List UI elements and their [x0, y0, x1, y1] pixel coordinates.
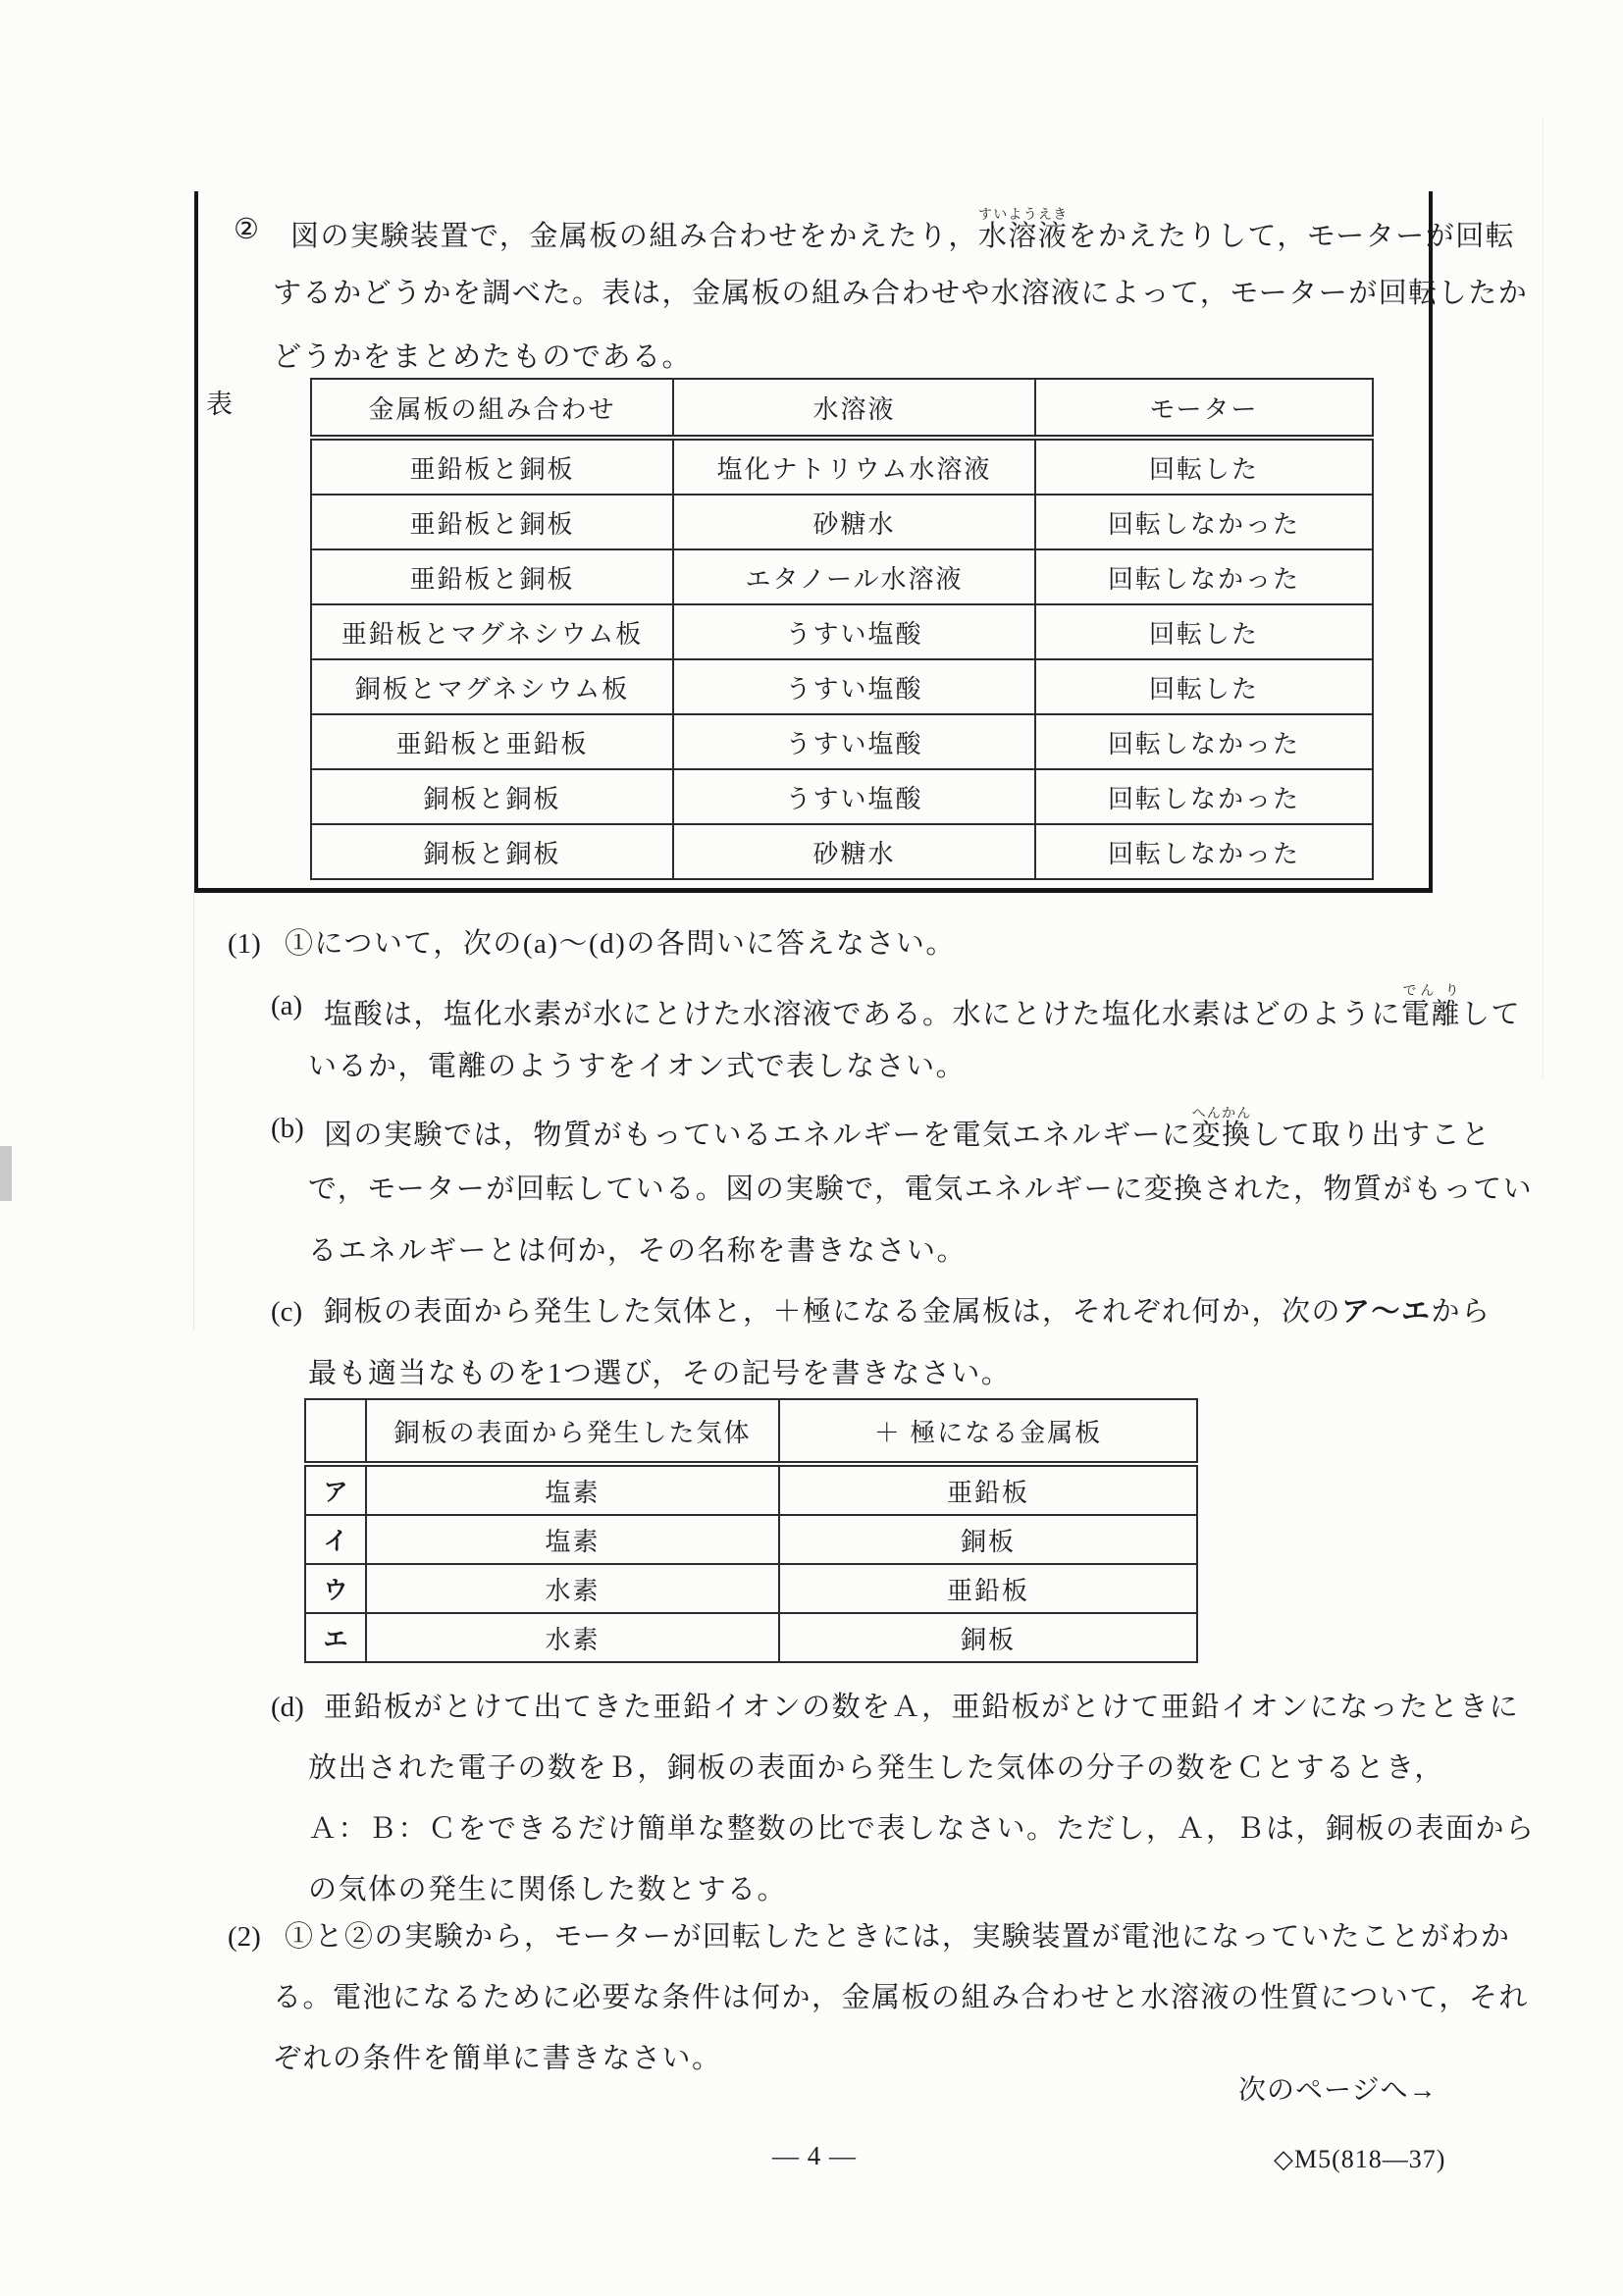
cell-metal: 亜鉛板と銅板 [311, 438, 673, 495]
table-row: 銅板と銅板うすい塩酸回転しなかった [311, 769, 1373, 824]
q1a-line2: いるか，電離のようすをイオン式で表しなさい。 [308, 1045, 966, 1088]
cell-metal: 亜鉛板と銅板 [311, 495, 673, 549]
choice-gas: 塩素 [366, 1464, 779, 1515]
choice-row: ウ水素亜鉛板 [305, 1564, 1197, 1613]
table-row: 亜鉛板とマグネシウム板うすい塩酸回転した [311, 604, 1373, 659]
q1-intro: ①について，次の(a)～(d)の各問いに答えなさい。 [285, 922, 956, 965]
furigana-suiyoueki: すいようえき [978, 208, 1069, 223]
q2-marker: (2) [228, 1915, 261, 1958]
cell-motor: 回転した [1035, 604, 1373, 659]
table-row: 亜鉛板と亜鉛板うすい塩酸回転しなかった [311, 714, 1373, 769]
cell-motor: 回転しなかった [1035, 495, 1373, 549]
q1b-line1-rubybase: 変換 [1192, 1120, 1252, 1151]
table-row: 亜鉛板と銅板塩化ナトリウム水溶液回転した [311, 438, 1373, 495]
choice-row: エ水素銅板 [305, 1613, 1197, 1662]
choice-metal: 銅板 [779, 1613, 1197, 1662]
table-row: 亜鉛板と銅板エタノール水溶液回転しなかった [311, 549, 1373, 604]
cell-metal: 亜鉛板とマグネシウム板 [311, 604, 673, 659]
q1c-line1-choices: ア～エ [1341, 1296, 1432, 1328]
problem2-line1-rubybase: 水溶液 [978, 221, 1069, 252]
q1a-line1-pre: 塩酸は，塩化水素が水にとけた水溶液である。水にとけた塩化水素はどのように [324, 999, 1401, 1030]
q2-line3: ぞれの条件を簡単に書きなさい。 [273, 2037, 722, 2080]
cell-solution: うすい塩酸 [673, 659, 1035, 714]
q1b-line3: るエネルギーとは何か，その名称を書きなさい。 [308, 1229, 967, 1273]
table1-label: 表 [206, 383, 235, 426]
results-table: 金属板の組み合わせ 水溶液 モーター 亜鉛板と銅板塩化ナトリウム水溶液回転した … [310, 378, 1374, 880]
choice-row: イ塩素銅板 [305, 1515, 1197, 1564]
furigana-denri: でん り [1401, 984, 1461, 999]
choices-table: 銅板の表面から発生した気体 ＋ 極になる金属板 ア塩素亜鉛板 イ塩素銅板 ウ水素… [304, 1398, 1198, 1663]
q1b-line1: 図の実験では，物質がもっているエネルギーを電気エネルギーに変換へんかんして取り出… [324, 1107, 1492, 1157]
q1a-line1-rubybase: 電離 [1401, 999, 1461, 1030]
scan-fold-line [193, 888, 194, 1330]
cell-metal: 亜鉛板と亜鉛板 [311, 714, 673, 769]
q1d-line4: の気体の発生に関係した数とする。 [308, 1868, 787, 1911]
q1d-line3: Ａ：Ｂ：Ｃをできるだけ簡単な整数の比で表しなさい。ただし，Ａ，Ｂは，銅板の表面か… [308, 1807, 1536, 1851]
choice-gas: 水素 [366, 1564, 779, 1613]
q1d-line2: 放出された電子の数をＢ，銅板の表面から発生した気体の分子の数をＣとするとき， [308, 1747, 1444, 1790]
cell-motor: 回転した [1035, 659, 1373, 714]
q2-line1: ①と②の実験から，モーターが回転したときには，実験装置が電池になっていたことがわ… [285, 1915, 1510, 1958]
choice-metal: 銅板 [779, 1515, 1197, 1564]
problem2-line2: するかどうかを調べた。表は，金属板の組み合わせや水溶液によって，モーターが回転し… [273, 272, 1528, 315]
q1c-line1: 銅板の表面から発生した気体と，＋極になる金属板は，それぞれ何か，次のア～エから [324, 1290, 1492, 1333]
cell-metal: 銅板と銅板 [311, 769, 673, 824]
table-row: 亜鉛板と銅板砂糖水回転しなかった [311, 495, 1373, 549]
cell-metal: 銅板とマグネシウム板 [311, 659, 673, 714]
col-header-motor: モーター [1035, 379, 1373, 438]
q1b-line1-pre: 図の実験では，物質がもっているエネルギーを電気エネルギーに [324, 1120, 1192, 1151]
table-row: 銅板と銅板砂糖水回転しなかった [311, 824, 1373, 879]
cell-metal: 亜鉛板と銅板 [311, 549, 673, 604]
choices-header-row: 銅板の表面から発生した気体 ＋ 極になる金属板 [305, 1399, 1197, 1464]
ruby-suiyoueki: 水溶液すいようえき [978, 221, 1069, 252]
q1a-line1: 塩酸は，塩化水素が水にとけた水溶液である。水にとけた塩化水素はどのように電離でん… [324, 984, 1521, 1036]
cell-motor: 回転した [1035, 438, 1373, 495]
ruby-denri: 電離でん り [1401, 999, 1461, 1030]
cell-solution: うすい塩酸 [673, 769, 1035, 824]
choice-gas: 水素 [366, 1613, 779, 1662]
cell-solution: うすい塩酸 [673, 714, 1035, 769]
q1d-marker: (d) [271, 1686, 304, 1729]
q1c-line1-pre: 銅板の表面から発生した気体と，＋極になる金属板は，それぞれ何か，次の [324, 1296, 1341, 1328]
q1b-line2: で，モーターが回転している。図の実験で，電気エネルギーに変換された，物質がもって… [308, 1168, 1533, 1211]
furigana-henkan: へんかん [1192, 1107, 1252, 1122]
cell-solution: エタノール水溶液 [673, 549, 1035, 604]
problem2-line1-post: をかえたりして，モーターが回転 [1068, 221, 1515, 252]
col-header-metal: 金属板の組み合わせ [311, 379, 673, 438]
doc-code: ◇M5(818—37) [1274, 2145, 1445, 2174]
ruby-henkan: 変換へんかん [1192, 1120, 1252, 1151]
cell-solution: 塩化ナトリウム水溶液 [673, 438, 1035, 495]
choice-row: ア塩素亜鉛板 [305, 1464, 1197, 1515]
q1a-line1-post: して [1461, 999, 1521, 1030]
choice-letter: イ [305, 1515, 366, 1564]
cell-motor: 回転しなかった [1035, 824, 1373, 879]
q1b-line1-post: して取り出すこと [1252, 1120, 1492, 1151]
next-page-note: 次のページへ→ [1238, 2068, 1437, 2108]
table-row: 銅板とマグネシウム板うすい塩酸回転した [311, 659, 1373, 714]
cell-motor: 回転しなかった [1035, 549, 1373, 604]
q2-line2: る。電池になるために必要な条件は何か，金属板の組み合わせと水溶液の性質について，… [273, 1976, 1529, 2019]
exam-page: { "problem2": { "marker": "②", "line1_pr… [0, 0, 1623, 2296]
scan-artifact-block [0, 1146, 12, 1201]
q1c-marker: (c) [271, 1290, 302, 1333]
col-header-blank [305, 1399, 366, 1464]
q1-marker: (1) [228, 922, 261, 965]
scan-fold-line-right [1543, 118, 1544, 1079]
cell-solution: 砂糖水 [673, 824, 1035, 879]
problem2-marker: ② [234, 208, 259, 251]
q1d-line1: 亜鉛板がとけて出てきた亜鉛イオンの数をＡ，亜鉛板がとけて亜鉛イオンになったときに [324, 1686, 1519, 1729]
q1a-marker: (a) [271, 984, 302, 1027]
q1c-line1-post: から [1432, 1296, 1492, 1328]
q1c-line2: 最も適当なものを1つ選び，その記号を書きなさい。 [308, 1352, 1011, 1395]
col-header-solution: 水溶液 [673, 379, 1035, 438]
table-header-row: 金属板の組み合わせ 水溶液 モーター [311, 379, 1373, 438]
choice-metal: 亜鉛板 [779, 1464, 1197, 1515]
choice-gas: 塩素 [366, 1515, 779, 1564]
choice-letter: ア [305, 1464, 366, 1515]
cell-metal: 銅板と銅板 [311, 824, 673, 879]
problem2-line3: どうかをまとめたものである。 [273, 336, 692, 379]
col-header-plus-electrode: ＋ 極になる金属板 [779, 1399, 1197, 1464]
problem2-line1-pre: 図の実験装置で，金属板の組み合わせをかえたり， [290, 221, 978, 252]
col-header-gas: 銅板の表面から発生した気体 [366, 1399, 779, 1464]
cell-solution: うすい塩酸 [673, 604, 1035, 659]
choice-letter: ウ [305, 1564, 366, 1613]
page-number: — 4 — [736, 2141, 893, 2171]
choice-metal: 亜鉛板 [779, 1564, 1197, 1613]
problem2-line1: 図の実験装置で，金属板の組み合わせをかえたり，水溶液すいようえきをかえたりして，… [290, 208, 1515, 258]
cell-motor: 回転しなかった [1035, 714, 1373, 769]
cell-motor: 回転しなかった [1035, 769, 1373, 824]
cell-solution: 砂糖水 [673, 495, 1035, 549]
q1b-marker: (b) [271, 1107, 304, 1150]
choice-letter: エ [305, 1613, 366, 1662]
